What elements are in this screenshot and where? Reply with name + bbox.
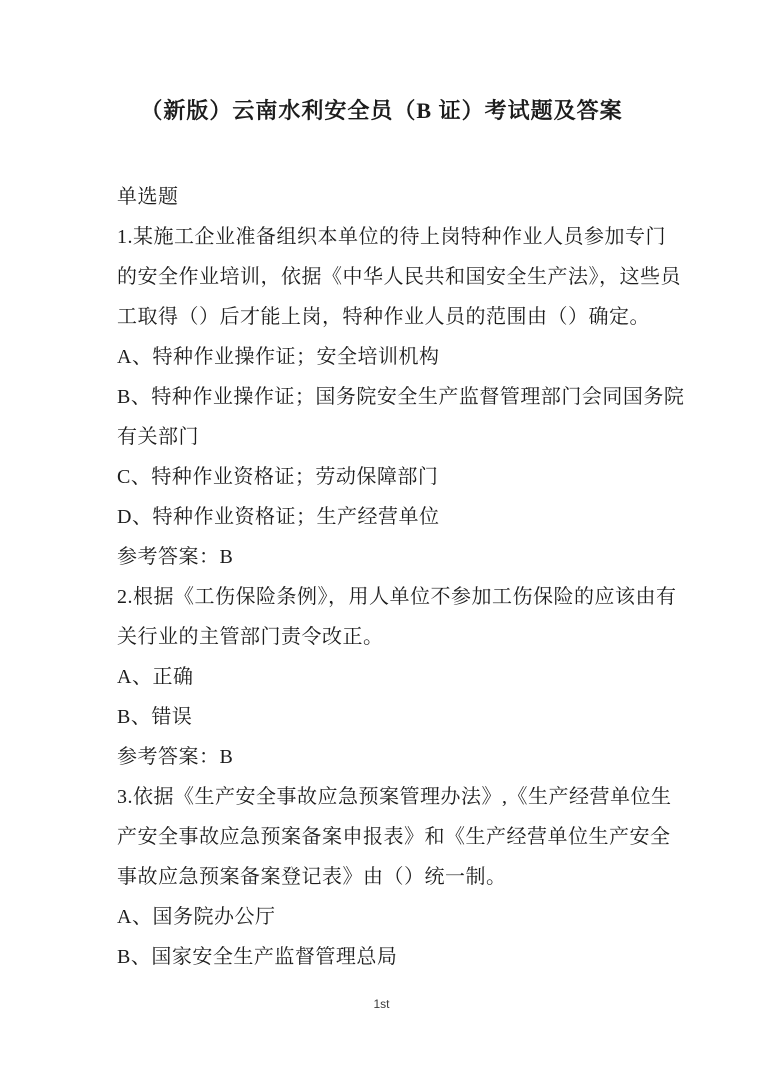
q1-option-d: D、特种作业资格证；生产经营单位	[117, 497, 677, 537]
q2-option-a: A、正确	[117, 657, 677, 697]
document-page: （新版）云南水利安全员（B 证）考试题及答案 单选题1.某施工企业准备组织本单位…	[0, 0, 763, 1080]
q1-answer: 参考答案：B	[117, 537, 677, 577]
q2-stem-line-2: 关行业的主管部门责令改正。	[117, 617, 677, 657]
q2-stem-line-1: 2.根据《工伤保险条例》，用人单位不参加工伤保险的应该由有	[117, 577, 677, 617]
q3-stem-line-3: 事故应急预案备案登记表》由（）统一制。	[117, 857, 677, 897]
page-number: 1st	[0, 997, 763, 1011]
q3-option-b: B、国家安全生产监督管理总局	[117, 937, 677, 977]
q1-option-a: A、特种作业操作证；安全培训机构	[117, 337, 677, 377]
q1-option-b-line-2: 有关部门	[117, 417, 677, 457]
section-heading: 单选题	[117, 177, 677, 217]
document-title: （新版）云南水利安全员（B 证）考试题及答案	[0, 94, 763, 125]
q1-stem-line-2: 的安全作业培训，依据《中华人民共和国安全生产法》，这些员	[117, 257, 677, 297]
q3-stem-line-2: 产安全事故应急预案备案申报表》和《生产经营单位生产安全	[117, 817, 677, 857]
q1-option-c: C、特种作业资格证；劳动保障部门	[117, 457, 677, 497]
q2-option-b: B、错误	[117, 697, 677, 737]
q1-stem-line-1: 1.某施工企业准备组织本单位的待上岗特种作业人员参加专门	[117, 217, 677, 257]
q2-answer: 参考答案：B	[117, 737, 677, 777]
q3-stem-line-1: 3.依据《生产安全事故应急预案管理办法》,《生产经营单位生	[117, 777, 677, 817]
q1-option-b-line-1: B、特种作业操作证；国务院安全生产监督管理部门会同国务院	[117, 377, 677, 417]
q1-stem-line-3: 工取得（）后才能上岗，特种作业人员的范围由（）确定。	[117, 297, 677, 337]
document-body: 单选题1.某施工企业准备组织本单位的待上岗特种作业人员参加专门的安全作业培训，依…	[117, 177, 677, 977]
q3-option-a: A、国务院办公厅	[117, 897, 677, 937]
